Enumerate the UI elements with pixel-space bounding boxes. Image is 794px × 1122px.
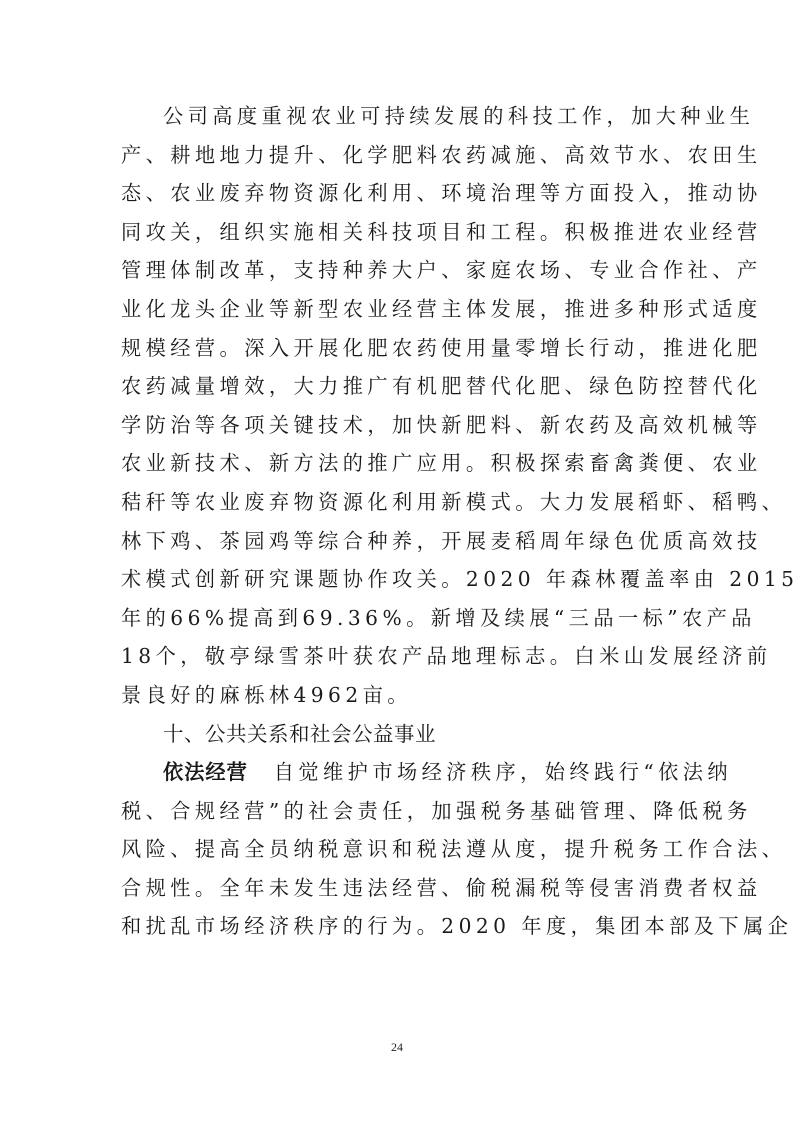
paragraph-first-line: 依法经营自觉维护市场经济秩序，始终践行“依法纳	[121, 753, 677, 792]
text-line: 税、合规经营”的社会责任，加强税务基础管理、降低税务	[121, 792, 677, 831]
text-line: 合规性。全年未发生违法经营、偷税漏税等侵害消费者权益	[121, 869, 677, 908]
text-line: 公司高度重视农业可持续发展的科技工作，加大种业生	[121, 97, 677, 136]
subsection-label: 依法经营	[163, 760, 248, 784]
text-line: 秸秆等农业废弃物资源化利用新模式。大力发展稻虾、稻鸭、	[121, 483, 677, 522]
section-heading: 十、公共关系和社会公益事业	[121, 715, 677, 754]
text-line: 同攻关，组织实施相关科技项目和工程。积极推进农业经营	[121, 213, 677, 252]
text-line: 管理体制改革，支持种养大户、家庭农场、专业合作社、产	[121, 251, 677, 290]
text-line: 学防治等各项关键技术，加快新肥料、新农药及高效机械等	[121, 406, 677, 445]
text-line: 和扰乱市场经济秩序的行为。2020 年度，集团本部及下属企	[121, 907, 677, 946]
text-line: 术模式创新研究课题协作攻关。2020 年森林覆盖率由 2015	[121, 560, 677, 599]
text-line: 规模经营。深入开展化肥农药使用量零增长行动，推进化肥	[121, 329, 677, 368]
text-line: 林下鸡、茶园鸡等综合种养，开展麦稻周年绿色优质高效技	[121, 522, 677, 561]
text-line: 景良好的麻栎林4962亩。	[121, 676, 677, 715]
text-line: 态、农业废弃物资源化利用、环境治理等方面投入，推动协	[121, 174, 677, 213]
page-number: 24	[0, 1040, 794, 1055]
body-text: 公司高度重视农业可持续发展的科技工作，加大种业生 产、耕地地力提升、化学肥料农药…	[121, 97, 677, 946]
text-segment: 自觉维护市场经济秩序，始终践行“依法纳	[274, 760, 732, 784]
text-line: 业化龙头企业等新型农业经营主体发展，推进多种形式适度	[121, 290, 677, 329]
text-line: 年的66%提高到69.36%。新增及续展“三品一标”农产品	[121, 599, 677, 638]
text-line: 农业新技术、新方法的推广应用。积极探索畜禽粪便、农业	[121, 444, 677, 483]
text-line: 产、耕地地力提升、化学肥料农药减施、高效节水、农田生	[121, 136, 677, 175]
text-line: 农药减量增效，大力推广有机肥替代化肥、绿色防控替代化	[121, 367, 677, 406]
document-page: 公司高度重视农业可持续发展的科技工作，加大种业生 产、耕地地力提升、化学肥料农药…	[0, 0, 794, 1122]
text-line: 18个，敬亭绿雪茶叶获农产品地理标志。白米山发展经济前	[121, 637, 677, 676]
text-line: 风险、提高全员纳税意识和税法遵从度，提升税务工作合法、	[121, 830, 677, 869]
